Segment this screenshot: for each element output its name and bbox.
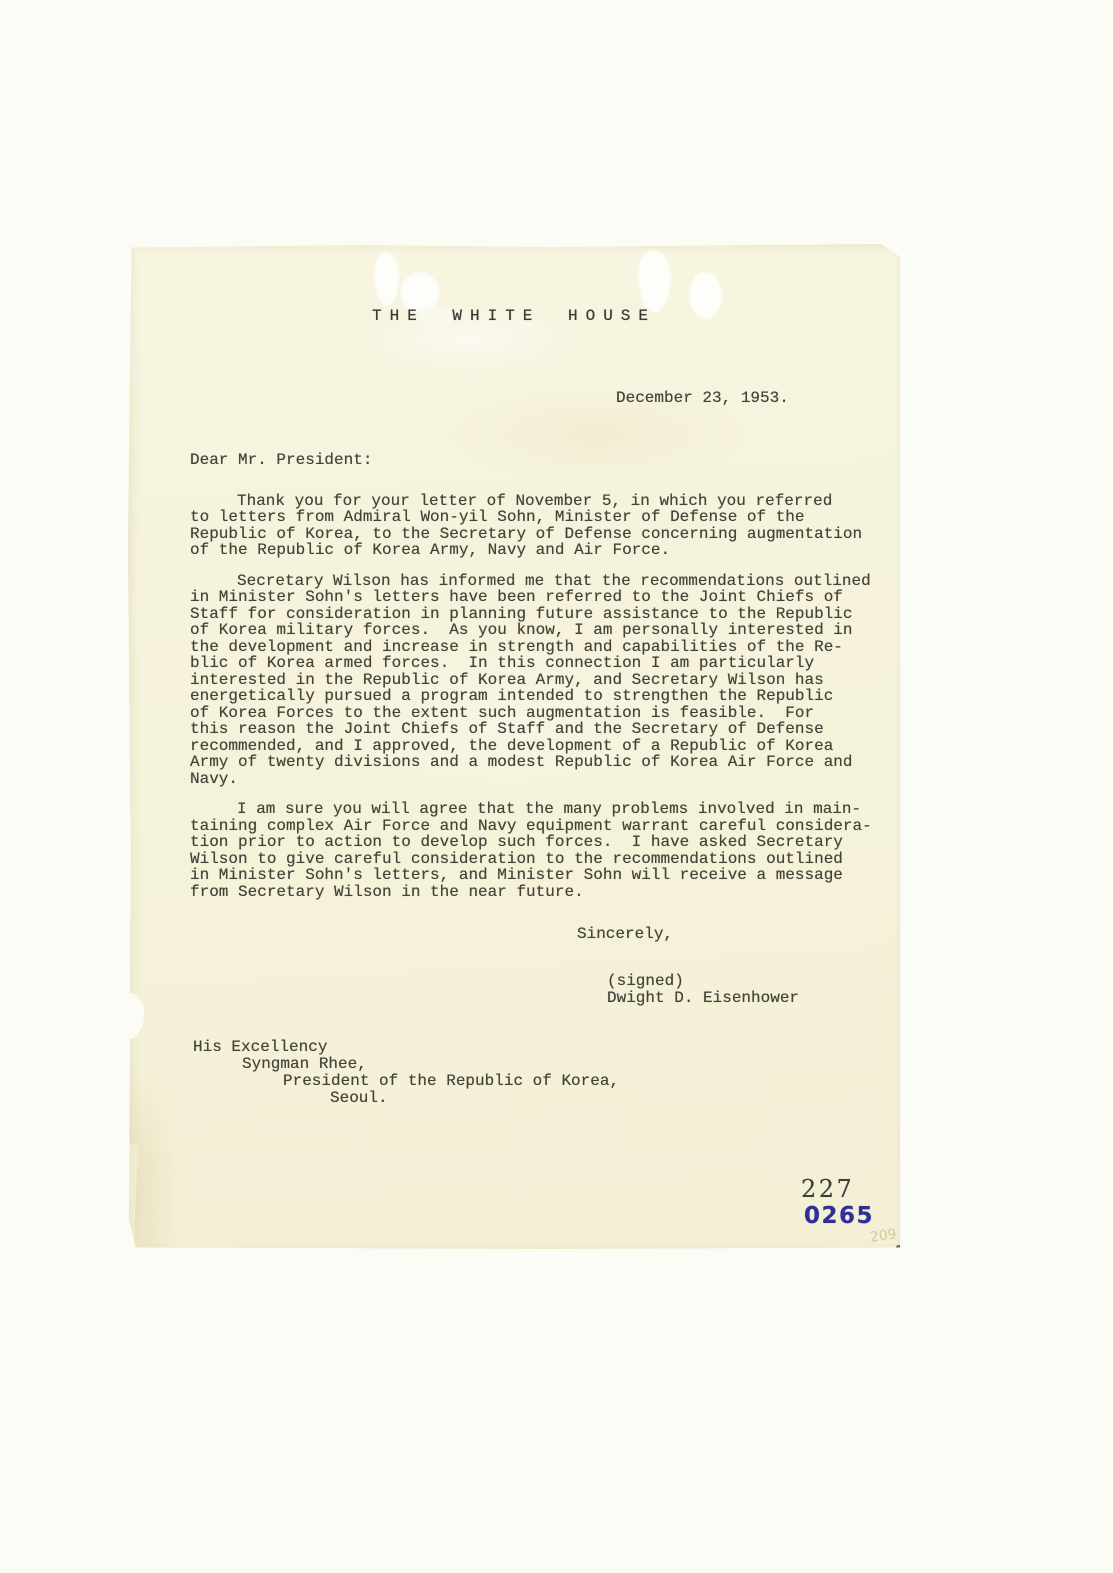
- address-line: Syngman Rhee,: [242, 1056, 619, 1073]
- text-line: tion prior to action to develop such for…: [190, 834, 896, 851]
- paper-hole-mark-3: [638, 250, 671, 313]
- text-line: Wilson to give careful consideration to …: [190, 851, 896, 868]
- closing: Sincerely,: [577, 926, 673, 943]
- archive-number-stamp: 0265: [804, 1204, 874, 1229]
- letter-text: Dear Mr. President: Thank you for your l…: [190, 452, 896, 914]
- letter-paper: THE WHITE HOUSE December 23, 1953. Dear …: [128, 244, 900, 1250]
- text-line: this reason the Joint Chiefs of Staff an…: [190, 721, 896, 738]
- paragraph: Secretary Wilson has informed me that th…: [190, 573, 896, 788]
- paragraph: Thank you for your letter of November 5,…: [190, 493, 896, 559]
- text-line: Republic of Korea, to the Secretary of D…: [190, 526, 896, 543]
- signature-block: (signed) Dwight D. Eisenhower: [607, 973, 799, 1007]
- text-line: Secretary Wilson has informed me that th…: [190, 573, 896, 590]
- document-scan: THE WHITE HOUSE December 23, 1953. Dear …: [0, 0, 1113, 1573]
- text-line: to letters from Admiral Won-yil Sohn, Mi…: [190, 509, 896, 526]
- text-line: blic of Korea armed forces. In this conn…: [190, 655, 896, 672]
- paper-speck: [896, 1245, 902, 1250]
- address-line: Seoul.: [330, 1090, 619, 1107]
- faint-pencil-mark: 209: [869, 1226, 898, 1246]
- text-line: energetically pursued a program intended…: [190, 688, 896, 705]
- text-line: of Korea Forces to the extent such augme…: [190, 705, 896, 722]
- recipient-address: His ExcellencySyngman Rhee,President of …: [193, 1039, 619, 1107]
- text-line: in Minister Sohn's letters, and Minister…: [190, 867, 896, 884]
- paper-edge-tear: [119, 1144, 139, 1249]
- text-line: Navy.: [190, 771, 896, 788]
- text-line: Staff for consideration in planning futu…: [190, 606, 896, 623]
- letterhead-title: THE WHITE HOUSE: [128, 308, 900, 325]
- signature-name: Dwight D. Eisenhower: [607, 990, 799, 1007]
- text-line: interested in the Republic of Korea Army…: [190, 672, 896, 689]
- text-line: of Korea military forces. As you know, I…: [190, 622, 896, 639]
- text-line: I am sure you will agree that the many p…: [190, 801, 896, 818]
- address-line: President of the Republic of Korea,: [283, 1073, 619, 1090]
- text-line: taining complex Air Force and Navy equip…: [190, 818, 896, 835]
- paragraph: I am sure you will agree that the many p…: [190, 801, 896, 900]
- letter-body-paragraphs: Thank you for your letter of November 5,…: [190, 493, 896, 901]
- text-line: from Secretary Wilson in the near future…: [190, 884, 896, 901]
- paper-edge-notch: [114, 993, 144, 1039]
- page-number-stamp: 227: [801, 1176, 854, 1202]
- text-line: recommended, and I approved, the develop…: [190, 738, 896, 755]
- address-line: His Excellency: [193, 1039, 619, 1056]
- paper-hole-mark-1: [374, 252, 399, 306]
- salutation: Dear Mr. President:: [190, 452, 896, 469]
- text-line: in Minister Sohn's letters have been ref…: [190, 589, 896, 606]
- text-line: Army of twenty divisions and a modest Re…: [190, 754, 896, 771]
- text-line: Thank you for your letter of November 5,…: [190, 493, 896, 510]
- text-line: the development and increase in strength…: [190, 639, 896, 656]
- signed-note: (signed): [607, 973, 799, 990]
- date-line: December 23, 1953.: [616, 390, 789, 407]
- text-line: of the Republic of Korea Army, Navy and …: [190, 542, 896, 559]
